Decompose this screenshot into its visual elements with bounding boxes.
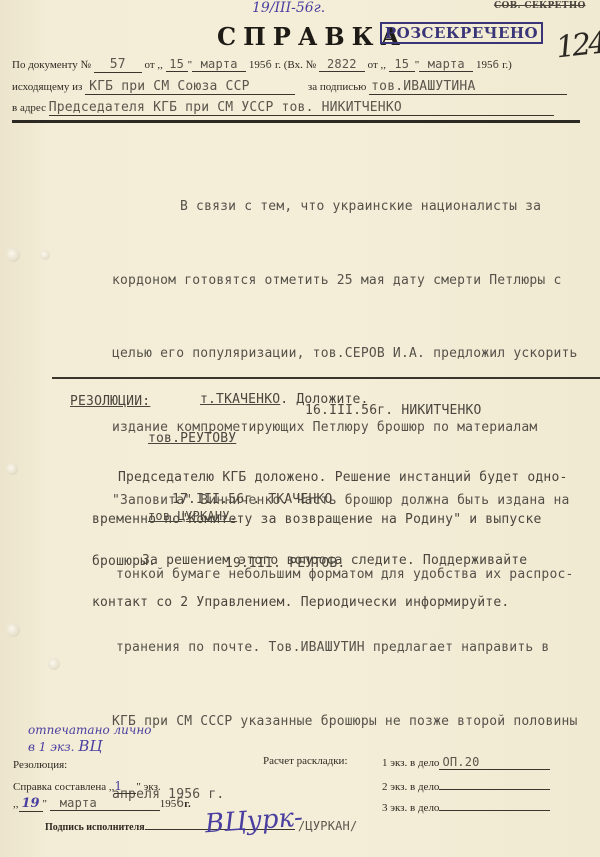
outgoing-label: исходящему из [12,81,82,93]
page-title: СПРАВКА [217,22,407,51]
incoming-date-label: от ,, [368,59,386,71]
distribution-row-value [439,776,550,790]
body-line: КГБ при СМ СССР указанные брошюры не поз… [112,710,578,735]
body-divider [52,377,600,379]
composed-line: Справка составлена ,,1" экз. [13,779,161,794]
signed-label: за подписью [308,81,367,93]
resolution-2-sign: 17.III.56г. ТКАЧЕНКО [172,492,333,507]
document-ref-line: По документу № 57 от ,, 15"марта 1956 г.… [12,57,512,73]
doc-date-label: от ,, [144,59,162,71]
resolution-3-addressee: тов.ЦУРКАНУ. [148,509,237,523]
signed-by: тов.ИВАШУТИНА [369,79,567,95]
archive-number-handwritten: 124 [554,26,600,66]
handwritten-printed-note: отпечатано лично в 1 экз. ВЦ [28,722,152,755]
outgoing-line: исходящему из КГБ при СМ Союза ССР за по… [12,79,567,95]
resolution-2-line: Председателю КГБ доложено. Решение инста… [92,471,568,485]
signature-label: Подпись исполнителя [45,822,145,833]
doc-no-label: По документу № [12,59,91,71]
handwritten-printed: отпечатано лично [28,722,152,738]
composed-copies: 1 [114,779,136,794]
resolutions-label: РЕЗОЛЮЦИИ: [70,394,150,409]
body-line: целью его популяризации, тов.СЕРОВ И.А. … [112,342,578,367]
incoming-close: г.) [502,59,512,71]
distribution-row-label: 2 экз. в дело [382,781,439,793]
distribution-label: Расчет раскладки: [263,755,348,767]
composed-month: марта [50,796,160,811]
body-line: В связи с тем, что украинские националис… [112,195,578,220]
initials-signature: ВЦ [78,737,102,755]
punch-hole [6,248,20,262]
composed-label: Справка составлена ,, [13,781,114,793]
address-label: в адрес [12,102,46,114]
distribution-row-value [439,797,550,811]
classification-struck: СОВ. СЕКРЕТНО [494,1,586,11]
doc-year-prefix: 195 [249,59,266,71]
resolution-1-sign: 16.III.56г. НИКИТЧЕНКО [305,403,482,418]
incoming-no: 2822 [319,57,365,72]
composed-day: 19 [19,796,43,812]
distribution-row-3: 3 экз. в дело [382,797,550,814]
body-line: кордоном готовятся отметить 25 мая дату … [112,269,578,294]
distribution-row-label: 3 экз. в дело [382,802,439,814]
resolution-3-sign: 19.III. РЕУТОВ. [225,556,345,571]
declassified-stamp: РОЗСЕКРЕЧЕНО [380,22,543,44]
handwritten-copies: в 1 экз. [28,740,75,754]
executor-name: /ЦУРКАН/ [298,819,357,833]
address-to: Председателя КГБ при СМ УССР тов. НИКИТЧ… [49,100,554,116]
resolution-1-addressee: т.ТКАЧЕНКО [200,392,280,407]
punch-hole [6,463,18,475]
address-line: в адрес Председателя КГБ при СМ УССР тов… [12,100,554,116]
composed-year-g: г. [184,798,191,810]
composed-suffix: " экз. [136,781,160,793]
punch-hole [40,250,50,260]
doc-year-suffix: 6 [265,58,272,71]
punch-hole [48,658,60,670]
incoming-label: г. (Вх. № [275,59,316,71]
body-line: транения по почте. Тов.ИВАШУТИН предлага… [112,636,578,661]
header-divider [12,120,580,123]
punch-hole [6,623,20,637]
incoming-day: 15 [389,57,415,72]
resolution-3-text: За решением этого вопроса следите. Подде… [92,526,527,624]
incoming-month: марта [419,57,473,72]
date-mid: " [43,798,48,810]
distribution-row-label: 1 экз. в дело [382,757,439,769]
incoming-year-suffix: 6 [493,58,500,71]
outgoing-from: КГБ при СМ Союза ССР [85,79,295,95]
resolution-3-line: контакт со 2 Управлением. Периодически и… [92,596,527,610]
resolution-footer-label: Резолюция: [13,759,67,771]
doc-no-value: 57 [94,57,142,73]
handwritten-date-note: 19/III-56г. [252,0,325,16]
executor-signature: ВЦурк- [204,803,304,840]
composed-date-line: ,,19" марта1956г. [13,796,191,812]
distribution-row-value: ОП.20 [439,755,550,770]
incoming-year-prefix: 195 [476,59,493,71]
distribution-row-2: 2 экз. в дело [382,776,550,793]
distribution-row-1: 1 экз. в делоОП.20 [382,755,550,770]
handwritten-copies-line: в 1 экз. ВЦ [28,738,152,755]
composed-year-prefix: 195 [160,798,177,810]
doc-day: 15 [166,57,188,72]
doc-month: марта [192,57,246,72]
